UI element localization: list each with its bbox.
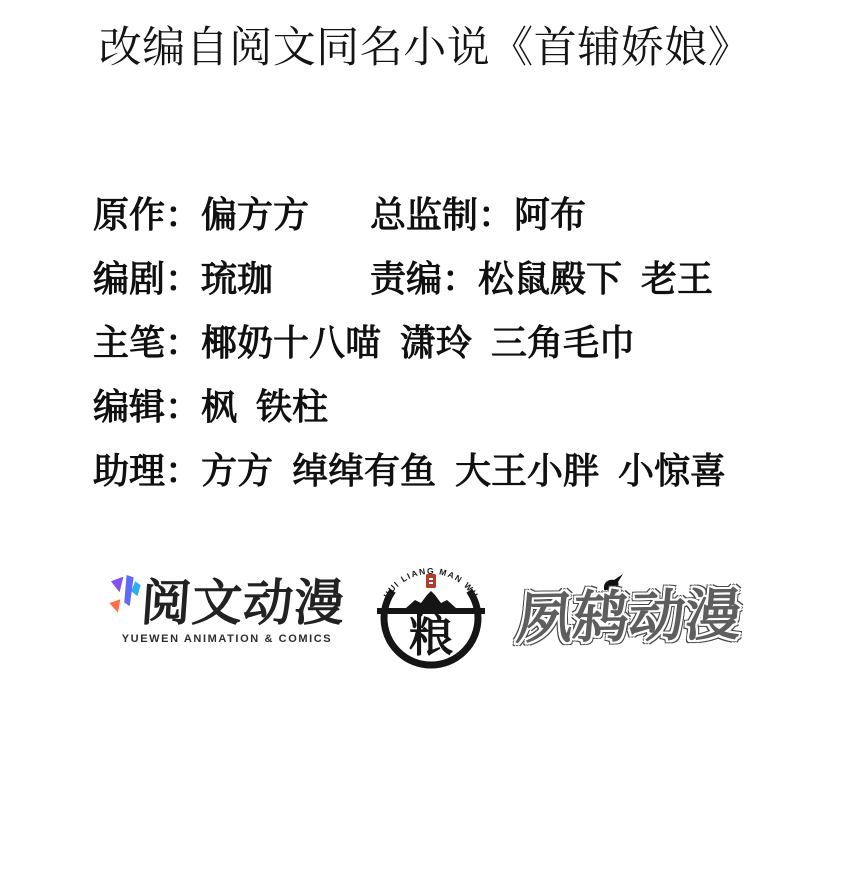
yuewen-logo-top: 阅文动漫	[109, 577, 345, 630]
credits-list: 原作：偏方方 总监制：阿布 编剧：琉珈 责编：松鼠殿下 老王 主笔：椰奶十八喵 …	[93, 180, 726, 500]
red-seal-icon	[426, 574, 436, 588]
grain-studio-logo: HUI LIANG MAN WU 粮	[375, 552, 487, 670]
credits-page: 改编自阅文同名小说《首辅娇娘》 原作：偏方方 总监制：阿布 编剧：琉珈 责编：松…	[0, 0, 850, 879]
credit-right-text: 责编：松鼠殿下 老王	[370, 251, 713, 302]
yuewen-logo: 阅文动漫 YUEWEN ANIMATION & COMICS	[109, 577, 345, 646]
credit-row-editors: 编辑：枫 铁柱	[93, 372, 726, 436]
yuewen-wordmark-en: YUEWEN ANIMATION & COMICS	[122, 633, 333, 645]
credit-left-text: 原作：偏方方	[93, 187, 370, 238]
credit-left-text: 助理：方方 绰绰有鱼 大王小胖 小惊喜	[93, 443, 726, 494]
grain-center-char: 粮	[409, 612, 453, 661]
bird-studio-logo: 夙鸫动漫	[517, 577, 741, 645]
publisher-logos-row: 阅文动漫 YUEWEN ANIMATION & COMICS HUI LIANG…	[0, 552, 850, 670]
credit-row-lead-artists: 主笔：椰奶十八喵 潇玲 三角毛巾	[93, 308, 726, 372]
credit-row-original-author: 原作：偏方方 总监制：阿布	[93, 180, 726, 244]
credit-right-text: 总监制：阿布	[370, 187, 586, 238]
credit-row-screenwriter: 编剧：琉珈 责编：松鼠殿下 老王	[93, 244, 726, 308]
page-title: 改编自阅文同名小说《首辅娇娘》	[0, 22, 850, 76]
credit-left-text: 主笔：椰奶十八喵 潇玲 三角毛巾	[93, 315, 635, 366]
credit-left-text: 编剧：琉珈	[93, 251, 370, 302]
credit-row-assistants: 助理：方方 绰绰有鱼 大王小胖 小惊喜	[93, 436, 726, 500]
yuewen-wordmark-cn: 阅文动漫	[139, 577, 347, 630]
credit-left-text: 编辑：枫 铁柱	[93, 379, 370, 430]
color-burst-icon	[109, 575, 141, 625]
bird-studio-wordmark: 夙鸫动漫	[514, 587, 743, 647]
grain-seal-icon: HUI LIANG MAN WU 粮	[375, 552, 487, 670]
